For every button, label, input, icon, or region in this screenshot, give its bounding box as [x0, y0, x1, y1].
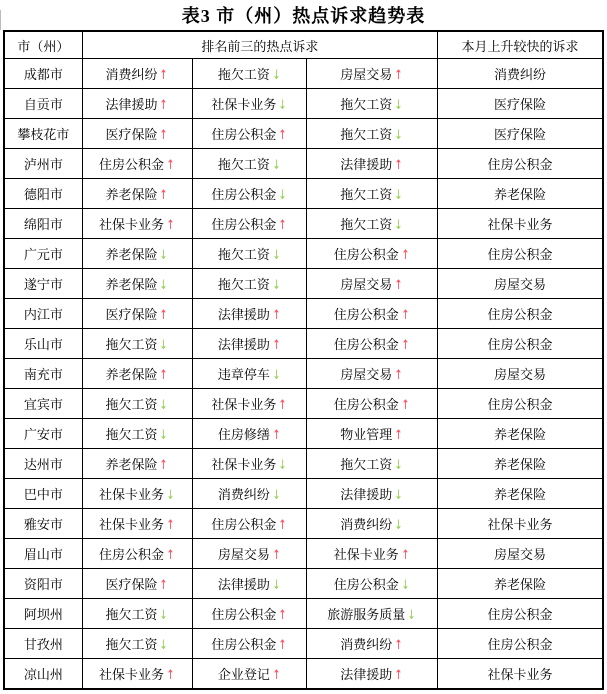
appeal-label: 拖欠工资	[218, 247, 270, 262]
appeal-label: 消费纠纷	[340, 637, 392, 652]
down-arrow-icon: ↓	[160, 338, 168, 353]
appeal-cell: 社保卡业务↑	[82, 659, 192, 690]
appeal-cell: 住房公积金↑	[307, 299, 437, 329]
appeal-label: 医疗保险	[105, 577, 157, 592]
down-arrow-icon: ↓	[160, 398, 168, 413]
appeal-cell: 养老保险↓	[82, 269, 192, 299]
appeal-cell: 物业管理↑	[307, 419, 437, 449]
region-cell: 巴中市	[4, 479, 82, 509]
appeal-cell: 房屋交易↑	[193, 539, 307, 569]
appeal-cell: 住房公积金↓	[307, 569, 437, 599]
appeal-label: 拖欠工资	[218, 67, 270, 82]
down-arrow-icon: ↓	[395, 218, 403, 233]
appeal-label: 住房公积金	[334, 247, 399, 262]
appeal-label: 住房公积金	[99, 157, 164, 172]
region-cell: 攀枝花市	[4, 119, 82, 149]
appeal-label: 法律援助	[218, 307, 270, 322]
down-arrow-icon: ↓	[272, 368, 280, 383]
appeal-label: 拖欠工资	[340, 457, 392, 472]
up-arrow-icon: ↑	[279, 128, 287, 143]
appeal-label: 住房公积金	[334, 337, 399, 352]
rising-appeal-cell: 房屋交易	[437, 359, 603, 389]
region-cell: 眉山市	[4, 539, 82, 569]
up-arrow-icon: ↑	[395, 638, 403, 653]
appeal-cell: 住房公积金↑	[307, 389, 437, 419]
appeal-cell: 养老保险↓	[82, 239, 192, 269]
table-row: 甘孜州拖欠工资↓住房公积金↑消费纠纷↑住房公积金	[4, 629, 603, 659]
appeal-label: 社保卡业务	[99, 487, 164, 502]
table-row: 宜宾市拖欠工资↓社保卡业务↑住房公积金↑住房公积金	[4, 389, 603, 419]
rising-appeal-cell: 消费纠纷	[437, 59, 603, 89]
appeal-label: 房屋交易	[340, 277, 392, 292]
rising-appeal-cell: 住房公积金	[437, 149, 603, 179]
up-arrow-icon: ↑	[160, 578, 168, 593]
table-header-row: 市（州） 排名前三的热点诉求 本月上升较快的诉求	[4, 31, 603, 59]
up-arrow-icon: ↑	[279, 608, 287, 623]
down-arrow-icon: ↓	[160, 428, 168, 443]
up-arrow-icon: ↑	[272, 308, 280, 323]
rising-appeal-cell: 住房公积金	[437, 299, 603, 329]
appeal-cell: 拖欠工资↓	[193, 269, 307, 299]
appeal-cell: 法律援助↑	[307, 659, 437, 690]
appeal-label: 消费纠纷	[105, 67, 157, 82]
appeal-cell: 拖欠工资↓	[82, 599, 192, 629]
appeal-cell: 社保卡业务↑	[82, 209, 192, 239]
up-arrow-icon: ↑	[279, 638, 287, 653]
appeal-cell: 养老保险↑	[82, 359, 192, 389]
appeal-cell: 消费纠纷↓	[193, 479, 307, 509]
appeal-cell: 住房公积金↑	[193, 509, 307, 539]
appeal-cell: 社保卡业务↓	[82, 479, 192, 509]
appeal-label: 物业管理	[340, 427, 392, 442]
appeal-label: 住房公积金	[211, 637, 276, 652]
up-arrow-icon: ↑	[401, 338, 409, 353]
down-arrow-icon: ↓	[408, 608, 416, 623]
appeal-label: 住房公积金	[211, 607, 276, 622]
appeal-label: 拖欠工资	[340, 187, 392, 202]
appeal-cell: 住房公积金↑	[193, 119, 307, 149]
table-row: 自贡市法律援助↑社保卡业务↓拖欠工资↓医疗保险	[4, 89, 603, 119]
appeal-cell: 企业登记↑	[193, 659, 307, 690]
appeal-label: 社保卡业务	[99, 217, 164, 232]
appeal-cell: 法律援助↑	[193, 299, 307, 329]
down-arrow-icon: ↓	[160, 608, 168, 623]
up-arrow-icon: ↑	[401, 248, 409, 263]
region-cell: 泸州市	[4, 149, 82, 179]
appeal-cell: 法律援助↑	[193, 329, 307, 359]
rising-appeal-cell: 社保卡业务	[437, 509, 603, 539]
region-cell: 广安市	[4, 419, 82, 449]
appeal-cell: 养老保险↑	[82, 179, 192, 209]
table-row: 资阳市医疗保险↑法律援助↓住房公积金↓养老保险	[4, 569, 603, 599]
appeal-label: 法律援助	[105, 97, 157, 112]
appeal-label: 旅游服务质量	[327, 607, 405, 622]
down-arrow-icon: ↓	[395, 458, 403, 473]
rising-appeal-cell: 养老保险	[437, 449, 603, 479]
rising-appeal-cell: 住房公积金	[437, 389, 603, 419]
rising-appeal-cell: 住房公积金	[437, 599, 603, 629]
down-arrow-icon: ↓	[279, 188, 287, 203]
up-arrow-icon: ↑	[166, 548, 174, 563]
appeal-cell: 拖欠工资↓	[307, 209, 437, 239]
down-arrow-icon: ↓	[395, 488, 403, 503]
appeal-label: 违章停车	[218, 367, 270, 382]
region-cell: 达州市	[4, 449, 82, 479]
header-cell-rising: 本月上升较快的诉求	[437, 31, 603, 59]
up-arrow-icon: ↑	[395, 278, 403, 293]
region-cell: 遂宁市	[4, 269, 82, 299]
table-header: 市（州） 排名前三的热点诉求 本月上升较快的诉求	[4, 31, 603, 59]
appeal-label: 社保卡业务	[211, 97, 276, 112]
up-arrow-icon: ↑	[166, 158, 174, 173]
region-cell: 内江市	[4, 299, 82, 329]
appeal-label: 拖欠工资	[340, 217, 392, 232]
rising-appeal-cell: 房屋交易	[437, 269, 603, 299]
rising-appeal-cell: 住房公积金	[437, 629, 603, 659]
region-cell: 南充市	[4, 359, 82, 389]
table-row: 南充市养老保险↑违章停车↓房屋交易↑房屋交易	[4, 359, 603, 389]
appeal-cell: 房屋交易↑	[307, 59, 437, 89]
appeal-cell: 社保卡业务↑	[82, 509, 192, 539]
appeal-cell: 法律援助↓	[193, 569, 307, 599]
up-arrow-icon: ↑	[160, 128, 168, 143]
rising-appeal-cell: 医疗保险	[437, 89, 603, 119]
region-cell: 德阳市	[4, 179, 82, 209]
appeal-cell: 拖欠工资↓	[307, 179, 437, 209]
appeal-cell: 拖欠工资↓	[307, 89, 437, 119]
down-arrow-icon: ↓	[401, 578, 409, 593]
header-cell-top3: 排名前三的热点诉求	[82, 31, 437, 59]
up-arrow-icon: ↑	[160, 98, 168, 113]
down-arrow-icon: ↓	[395, 518, 403, 533]
region-cell: 雅安市	[4, 509, 82, 539]
table-row: 乐山市拖欠工资↓法律援助↑住房公积金↑住房公积金	[4, 329, 603, 359]
down-arrow-icon: ↓	[272, 278, 280, 293]
appeal-label: 住房公积金	[211, 127, 276, 142]
rising-appeal-cell: 养老保险	[437, 179, 603, 209]
table-row: 遂宁市养老保险↓拖欠工资↓房屋交易↑房屋交易	[4, 269, 603, 299]
appeal-label: 养老保险	[105, 247, 157, 262]
table-row: 达州市养老保险↑社保卡业务↓拖欠工资↓养老保险	[4, 449, 603, 479]
appeal-label: 消费纠纷	[218, 487, 270, 502]
appeal-cell: 拖欠工资↓	[82, 329, 192, 359]
appeal-label: 拖欠工资	[218, 277, 270, 292]
down-arrow-icon: ↓	[395, 188, 403, 203]
up-arrow-icon: ↑	[395, 668, 403, 683]
up-arrow-icon: ↑	[272, 428, 280, 443]
table-row: 广安市拖欠工资↓住房修缮↑物业管理↑养老保险	[4, 419, 603, 449]
appeal-label: 住房公积金	[334, 307, 399, 322]
appeal-label: 医疗保险	[105, 307, 157, 322]
rising-appeal-cell: 社保卡业务	[437, 209, 603, 239]
appeal-cell: 住房公积金↑	[307, 329, 437, 359]
appeal-cell: 房屋交易↑	[307, 269, 437, 299]
appeal-cell: 住房修缮↑	[193, 419, 307, 449]
up-arrow-icon: ↑	[272, 338, 280, 353]
appeal-label: 法律援助	[218, 577, 270, 592]
up-arrow-icon: ↑	[160, 368, 168, 383]
appeal-cell: 拖欠工资↓	[82, 419, 192, 449]
appeal-cell: 拖欠工资↓	[82, 389, 192, 419]
appeal-label: 社保卡业务	[334, 547, 399, 562]
appeal-label: 养老保险	[105, 187, 157, 202]
appeal-cell: 社保卡业务↑	[193, 389, 307, 419]
appeal-cell: 住房公积金↑	[82, 539, 192, 569]
table-row: 雅安市社保卡业务↑住房公积金↑消费纠纷↓社保卡业务	[4, 509, 603, 539]
appeal-cell: 拖欠工资↓	[193, 149, 307, 179]
appeal-label: 住房公积金	[211, 187, 276, 202]
appeal-label: 住房公积金	[211, 217, 276, 232]
up-arrow-icon: ↑	[272, 668, 280, 683]
appeal-label: 法律援助	[340, 487, 392, 502]
hot-appeals-trend-table: 市（州） 排名前三的热点诉求 本月上升较快的诉求 成都市消费纠纷↑拖欠工资↓房屋…	[3, 30, 604, 690]
appeal-cell: 医疗保险↑	[82, 569, 192, 599]
appeal-cell: 医疗保险↑	[82, 119, 192, 149]
appeal-cell: 住房公积金↑	[193, 599, 307, 629]
up-arrow-icon: ↑	[160, 308, 168, 323]
appeal-label: 养老保险	[105, 277, 157, 292]
rising-appeal-cell: 住房公积金	[437, 329, 603, 359]
appeal-cell: 法律援助↑	[82, 89, 192, 119]
table-row: 内江市医疗保险↑法律援助↑住房公积金↑住房公积金	[4, 299, 603, 329]
appeal-cell: 住房公积金↑	[307, 239, 437, 269]
appeal-cell: 房屋交易↑	[307, 359, 437, 389]
rising-appeal-cell: 住房公积金	[437, 239, 603, 269]
down-arrow-icon: ↓	[160, 638, 168, 653]
up-arrow-icon: ↑	[160, 188, 168, 203]
up-arrow-icon: ↑	[279, 398, 287, 413]
appeal-label: 房屋交易	[218, 547, 270, 562]
region-cell: 甘孜州	[4, 629, 82, 659]
appeal-label: 社保卡业务	[211, 397, 276, 412]
appeal-cell: 拖欠工资↓	[193, 239, 307, 269]
appeal-cell: 社保卡业务↓	[193, 89, 307, 119]
appeal-cell: 社保卡业务↓	[193, 449, 307, 479]
appeal-label: 社保卡业务	[99, 517, 164, 532]
table-row: 广元市养老保险↓拖欠工资↓住房公积金↑住房公积金	[4, 239, 603, 269]
up-arrow-icon: ↑	[401, 548, 409, 563]
region-cell: 广元市	[4, 239, 82, 269]
up-arrow-icon: ↑	[395, 368, 403, 383]
down-arrow-icon: ↓	[279, 458, 287, 473]
region-cell: 乐山市	[4, 329, 82, 359]
up-arrow-icon: ↑	[279, 218, 287, 233]
appeal-label: 拖欠工资	[105, 607, 157, 622]
table-row: 攀枝花市医疗保险↑住房公积金↑拖欠工资↓医疗保险	[4, 119, 603, 149]
appeal-cell: 住房公积金↑	[193, 629, 307, 659]
down-arrow-icon: ↓	[395, 128, 403, 143]
rising-appeal-cell: 房屋交易	[437, 539, 603, 569]
appeal-label: 拖欠工资	[340, 127, 392, 142]
table-row: 眉山市住房公积金↑房屋交易↑社保卡业务↑房屋交易	[4, 539, 603, 569]
appeal-label: 房屋交易	[340, 67, 392, 82]
table-row: 凉山州社保卡业务↑企业登记↑法律援助↑社保卡业务	[4, 659, 603, 690]
appeal-label: 社保卡业务	[99, 667, 164, 682]
region-cell: 凉山州	[4, 659, 82, 690]
appeal-label: 拖欠工资	[105, 427, 157, 442]
up-arrow-icon: ↑	[166, 218, 174, 233]
appeal-label: 养老保险	[105, 457, 157, 472]
appeal-label: 拖欠工资	[105, 637, 157, 652]
appeal-label: 养老保险	[105, 367, 157, 382]
appeal-cell: 住房公积金↓	[193, 179, 307, 209]
up-arrow-icon: ↑	[166, 668, 174, 683]
table-row: 巴中市社保卡业务↓消费纠纷↓法律援助↓养老保险	[4, 479, 603, 509]
appeal-label: 住房修缮	[218, 427, 270, 442]
appeal-cell: 住房公积金↑	[82, 149, 192, 179]
up-arrow-icon: ↑	[401, 308, 409, 323]
appeal-label: 住房公积金	[211, 517, 276, 532]
appeal-label: 医疗保险	[105, 127, 157, 142]
appeal-label: 法律援助	[340, 667, 392, 682]
appeal-label: 拖欠工资	[218, 157, 270, 172]
appeal-cell: 法律援助↓	[307, 479, 437, 509]
appeal-label: 企业登记	[218, 667, 270, 682]
appeal-label: 拖欠工资	[105, 337, 157, 352]
appeal-label: 社保卡业务	[211, 457, 276, 472]
up-arrow-icon: ↑	[395, 428, 403, 443]
appeal-label: 住房公积金	[334, 397, 399, 412]
header-cell-region: 市（州）	[4, 31, 82, 59]
rising-appeal-cell: 养老保险	[437, 569, 603, 599]
down-arrow-icon: ↓	[166, 488, 174, 503]
up-arrow-icon: ↑	[395, 68, 403, 83]
appeal-cell: 旅游服务质量↓	[307, 599, 437, 629]
appeal-cell: 拖欠工资↓	[307, 119, 437, 149]
down-arrow-icon: ↓	[279, 98, 287, 113]
up-arrow-icon: ↑	[279, 518, 287, 533]
appeal-label: 拖欠工资	[340, 97, 392, 112]
table-row: 阿坝州拖欠工资↓住房公积金↑旅游服务质量↓住房公积金	[4, 599, 603, 629]
up-arrow-icon: ↑	[160, 68, 168, 83]
down-arrow-icon: ↓	[272, 68, 280, 83]
rising-appeal-cell: 养老保险	[437, 479, 603, 509]
appeal-cell: 社保卡业务↑	[307, 539, 437, 569]
region-cell: 成都市	[4, 59, 82, 89]
region-cell: 宜宾市	[4, 389, 82, 419]
table-row: 德阳市养老保险↑住房公积金↓拖欠工资↓养老保险	[4, 179, 603, 209]
appeal-label: 消费纠纷	[340, 517, 392, 532]
down-arrow-icon: ↓	[272, 578, 280, 593]
appeal-cell: 消费纠纷↑	[82, 59, 192, 89]
appeal-label: 法律援助	[340, 157, 392, 172]
window-edge-artifact	[0, 10, 1, 30]
appeal-label: 拖欠工资	[105, 397, 157, 412]
region-cell: 绵阳市	[4, 209, 82, 239]
region-cell: 阿坝州	[4, 599, 82, 629]
up-arrow-icon: ↑	[272, 548, 280, 563]
appeal-label: 法律援助	[218, 337, 270, 352]
rising-appeal-cell: 社保卡业务	[437, 659, 603, 690]
appeal-label: 房屋交易	[340, 367, 392, 382]
appeal-label: 住房公积金	[99, 547, 164, 562]
appeal-cell: 拖欠工资↓	[307, 449, 437, 479]
up-arrow-icon: ↑	[401, 398, 409, 413]
up-arrow-icon: ↑	[160, 458, 168, 473]
down-arrow-icon: ↓	[272, 488, 280, 503]
down-arrow-icon: ↓	[160, 278, 168, 293]
appeal-cell: 消费纠纷↓	[307, 509, 437, 539]
table-title: 表3 市（州）热点诉求趋势表	[3, 2, 604, 28]
table-body: 成都市消费纠纷↑拖欠工资↓房屋交易↑消费纠纷自贡市法律援助↑社保卡业务↓拖欠工资…	[4, 59, 603, 690]
appeal-cell: 医疗保险↑	[82, 299, 192, 329]
up-arrow-icon: ↑	[166, 518, 174, 533]
appeal-cell: 养老保险↑	[82, 449, 192, 479]
appeal-cell: 法律援助↑	[307, 149, 437, 179]
table-row: 成都市消费纠纷↑拖欠工资↓房屋交易↑消费纠纷	[4, 59, 603, 89]
region-cell: 自贡市	[4, 89, 82, 119]
up-arrow-icon: ↑	[395, 158, 403, 173]
region-cell: 资阳市	[4, 569, 82, 599]
rising-appeal-cell: 医疗保险	[437, 119, 603, 149]
down-arrow-icon: ↓	[160, 248, 168, 263]
appeal-label: 住房公积金	[334, 577, 399, 592]
down-arrow-icon: ↓	[395, 98, 403, 113]
table-row: 泸州市住房公积金↑拖欠工资↓法律援助↑住房公积金	[4, 149, 603, 179]
appeal-cell: 住房公积金↑	[193, 209, 307, 239]
table-row: 绵阳市社保卡业务↑住房公积金↑拖欠工资↓社保卡业务	[4, 209, 603, 239]
down-arrow-icon: ↓	[272, 158, 280, 173]
appeal-cell: 拖欠工资↓	[193, 59, 307, 89]
appeal-cell: 消费纠纷↑	[307, 629, 437, 659]
rising-appeal-cell: 养老保险	[437, 419, 603, 449]
down-arrow-icon: ↓	[272, 248, 280, 263]
appeal-cell: 拖欠工资↓	[82, 629, 192, 659]
appeal-cell: 违章停车↓	[193, 359, 307, 389]
